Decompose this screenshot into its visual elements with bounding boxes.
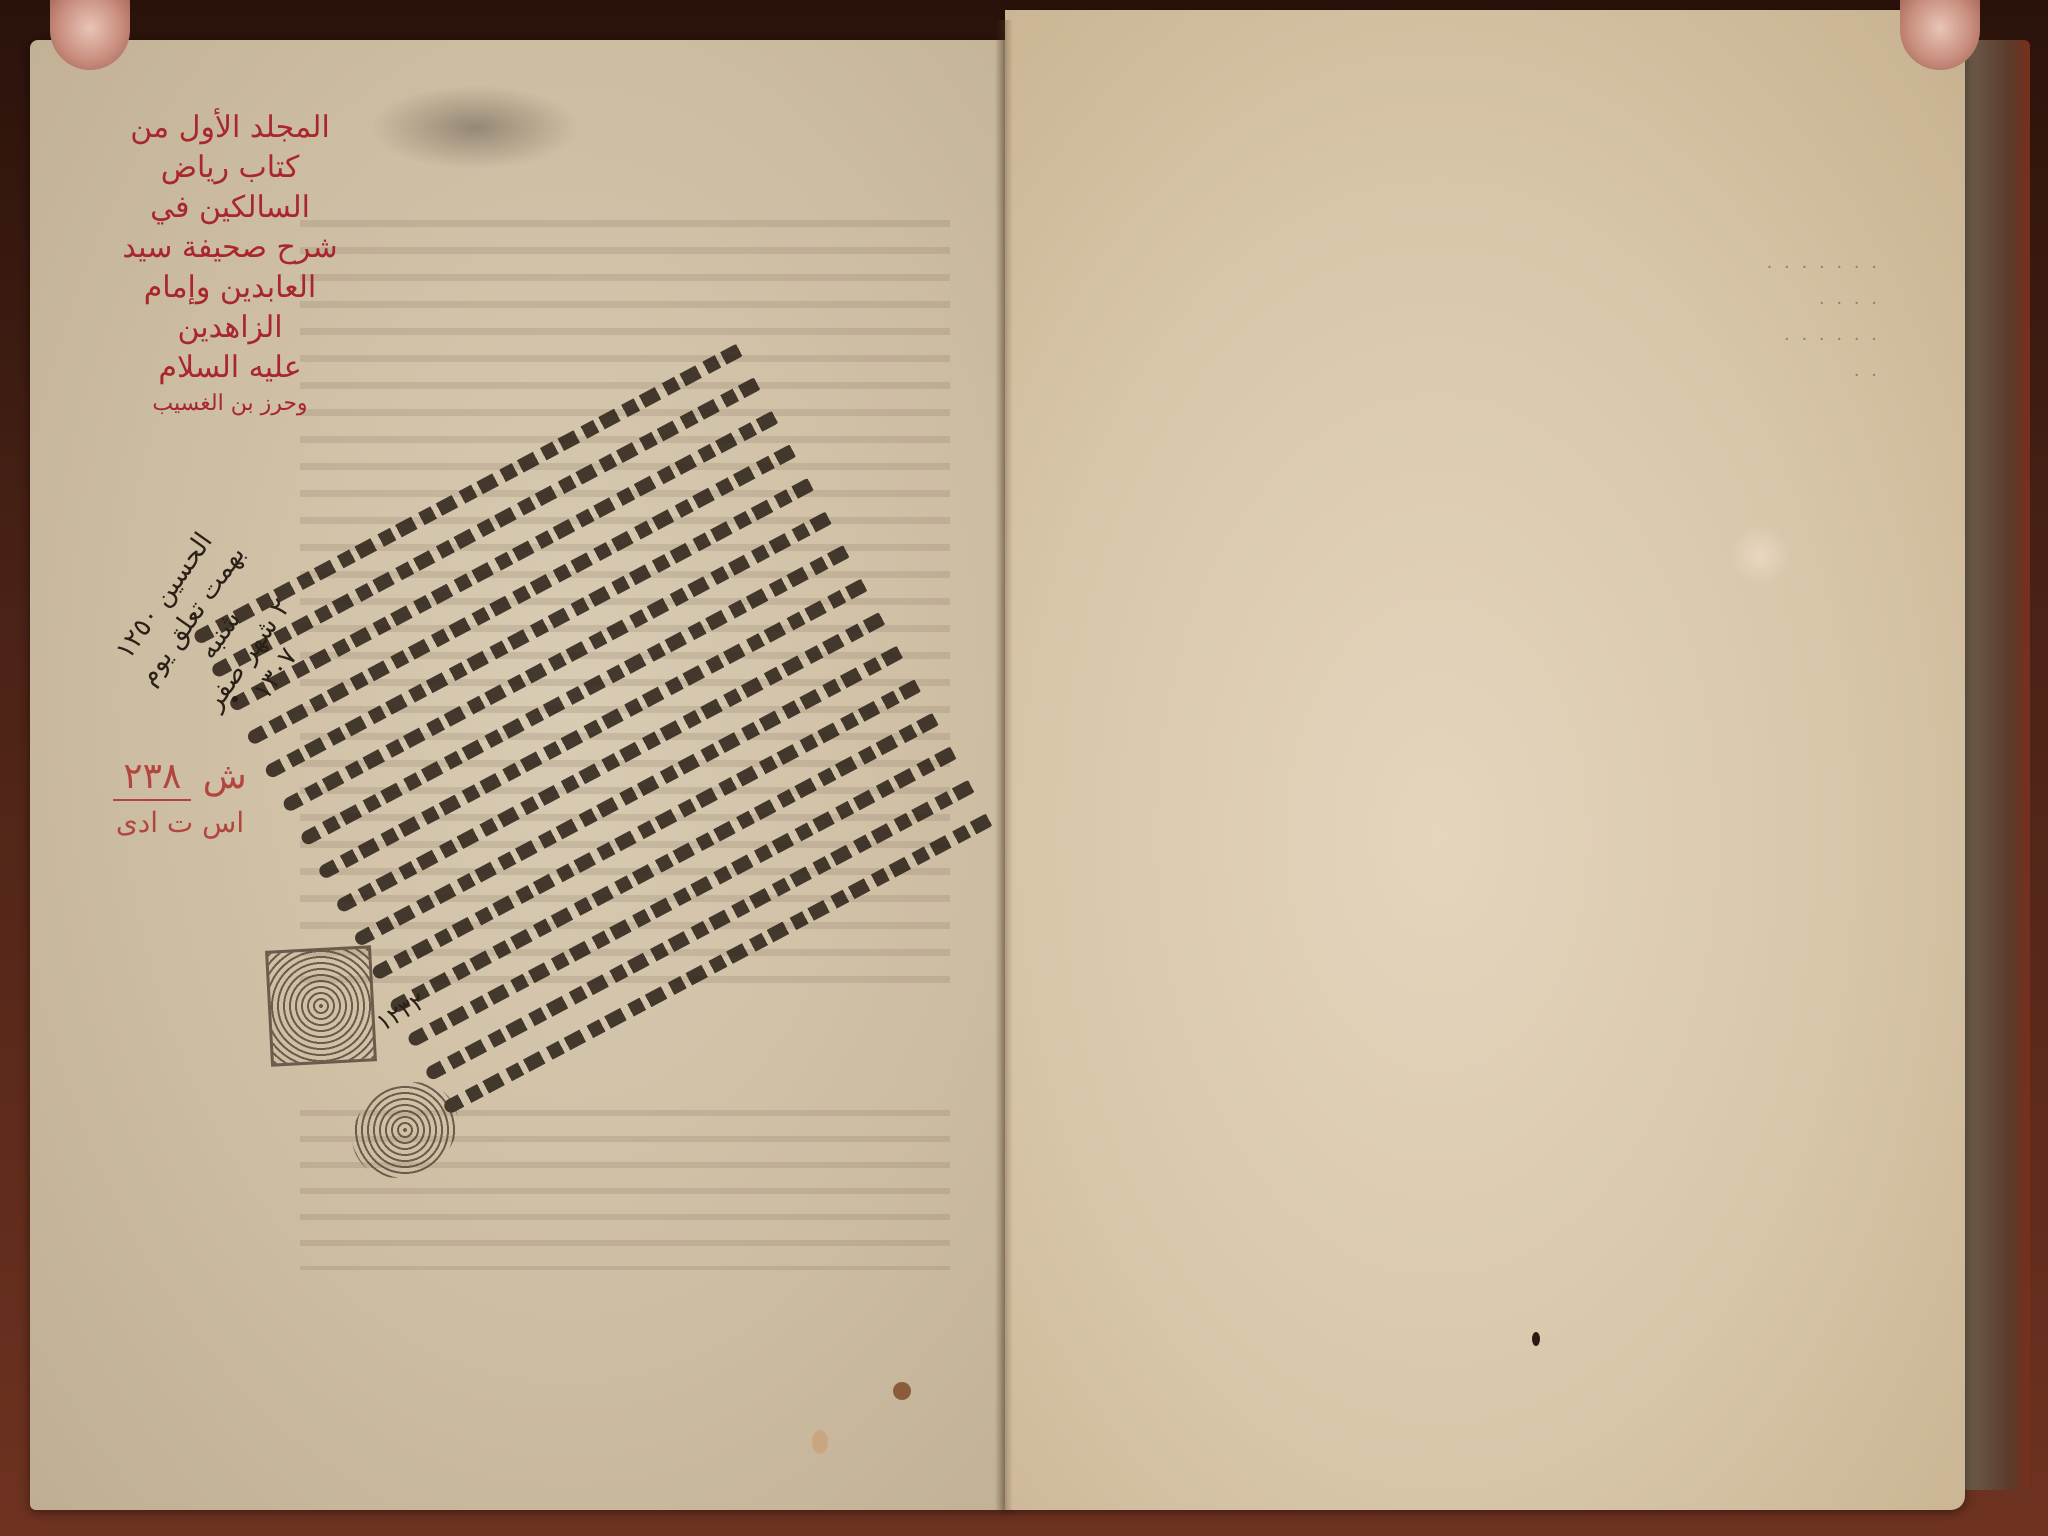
right-page: [1005, 10, 1965, 1510]
title-line: العابدين وإمام الزاهدين: [120, 268, 340, 348]
square-seal-icon: [265, 945, 377, 1066]
ink-speck: [1532, 1332, 1540, 1346]
shelfmark-name: اس ت ادى: [80, 801, 280, 845]
faint-note-line: · ·: [1690, 358, 1880, 394]
paper-stain: [1730, 525, 1790, 585]
book-gutter: [995, 20, 1013, 1510]
shelfmark: ش ٢٣٨ اس ت ادى: [80, 755, 280, 845]
shelfmark-number: ٢٣٨: [113, 755, 191, 801]
red-title-block: المجلد الأول من كتاب رياض السالكين في شر…: [120, 108, 340, 420]
paper-stain: [893, 1382, 911, 1400]
faint-note-line: · · · · · ·: [1690, 322, 1880, 358]
title-line: المجلد الأول من كتاب رياض: [120, 108, 340, 188]
shelfmark-prefix: ش: [203, 756, 247, 797]
faint-blue-note: · · · · · · · · · · · · · · · · · · ·: [1690, 250, 1880, 394]
faint-note-line: · · · ·: [1690, 286, 1880, 322]
title-line: عليه السلام: [120, 348, 340, 388]
title-line: السالكين في شرح صحيفة سيد: [120, 188, 340, 268]
ink-smudge: [370, 85, 580, 170]
paper-stain: [812, 1430, 828, 1454]
title-subline: وحرز بن الغسيب: [120, 388, 340, 420]
ink-speck: [232, 696, 238, 702]
faint-note-line: · · · · · · ·: [1690, 250, 1880, 286]
